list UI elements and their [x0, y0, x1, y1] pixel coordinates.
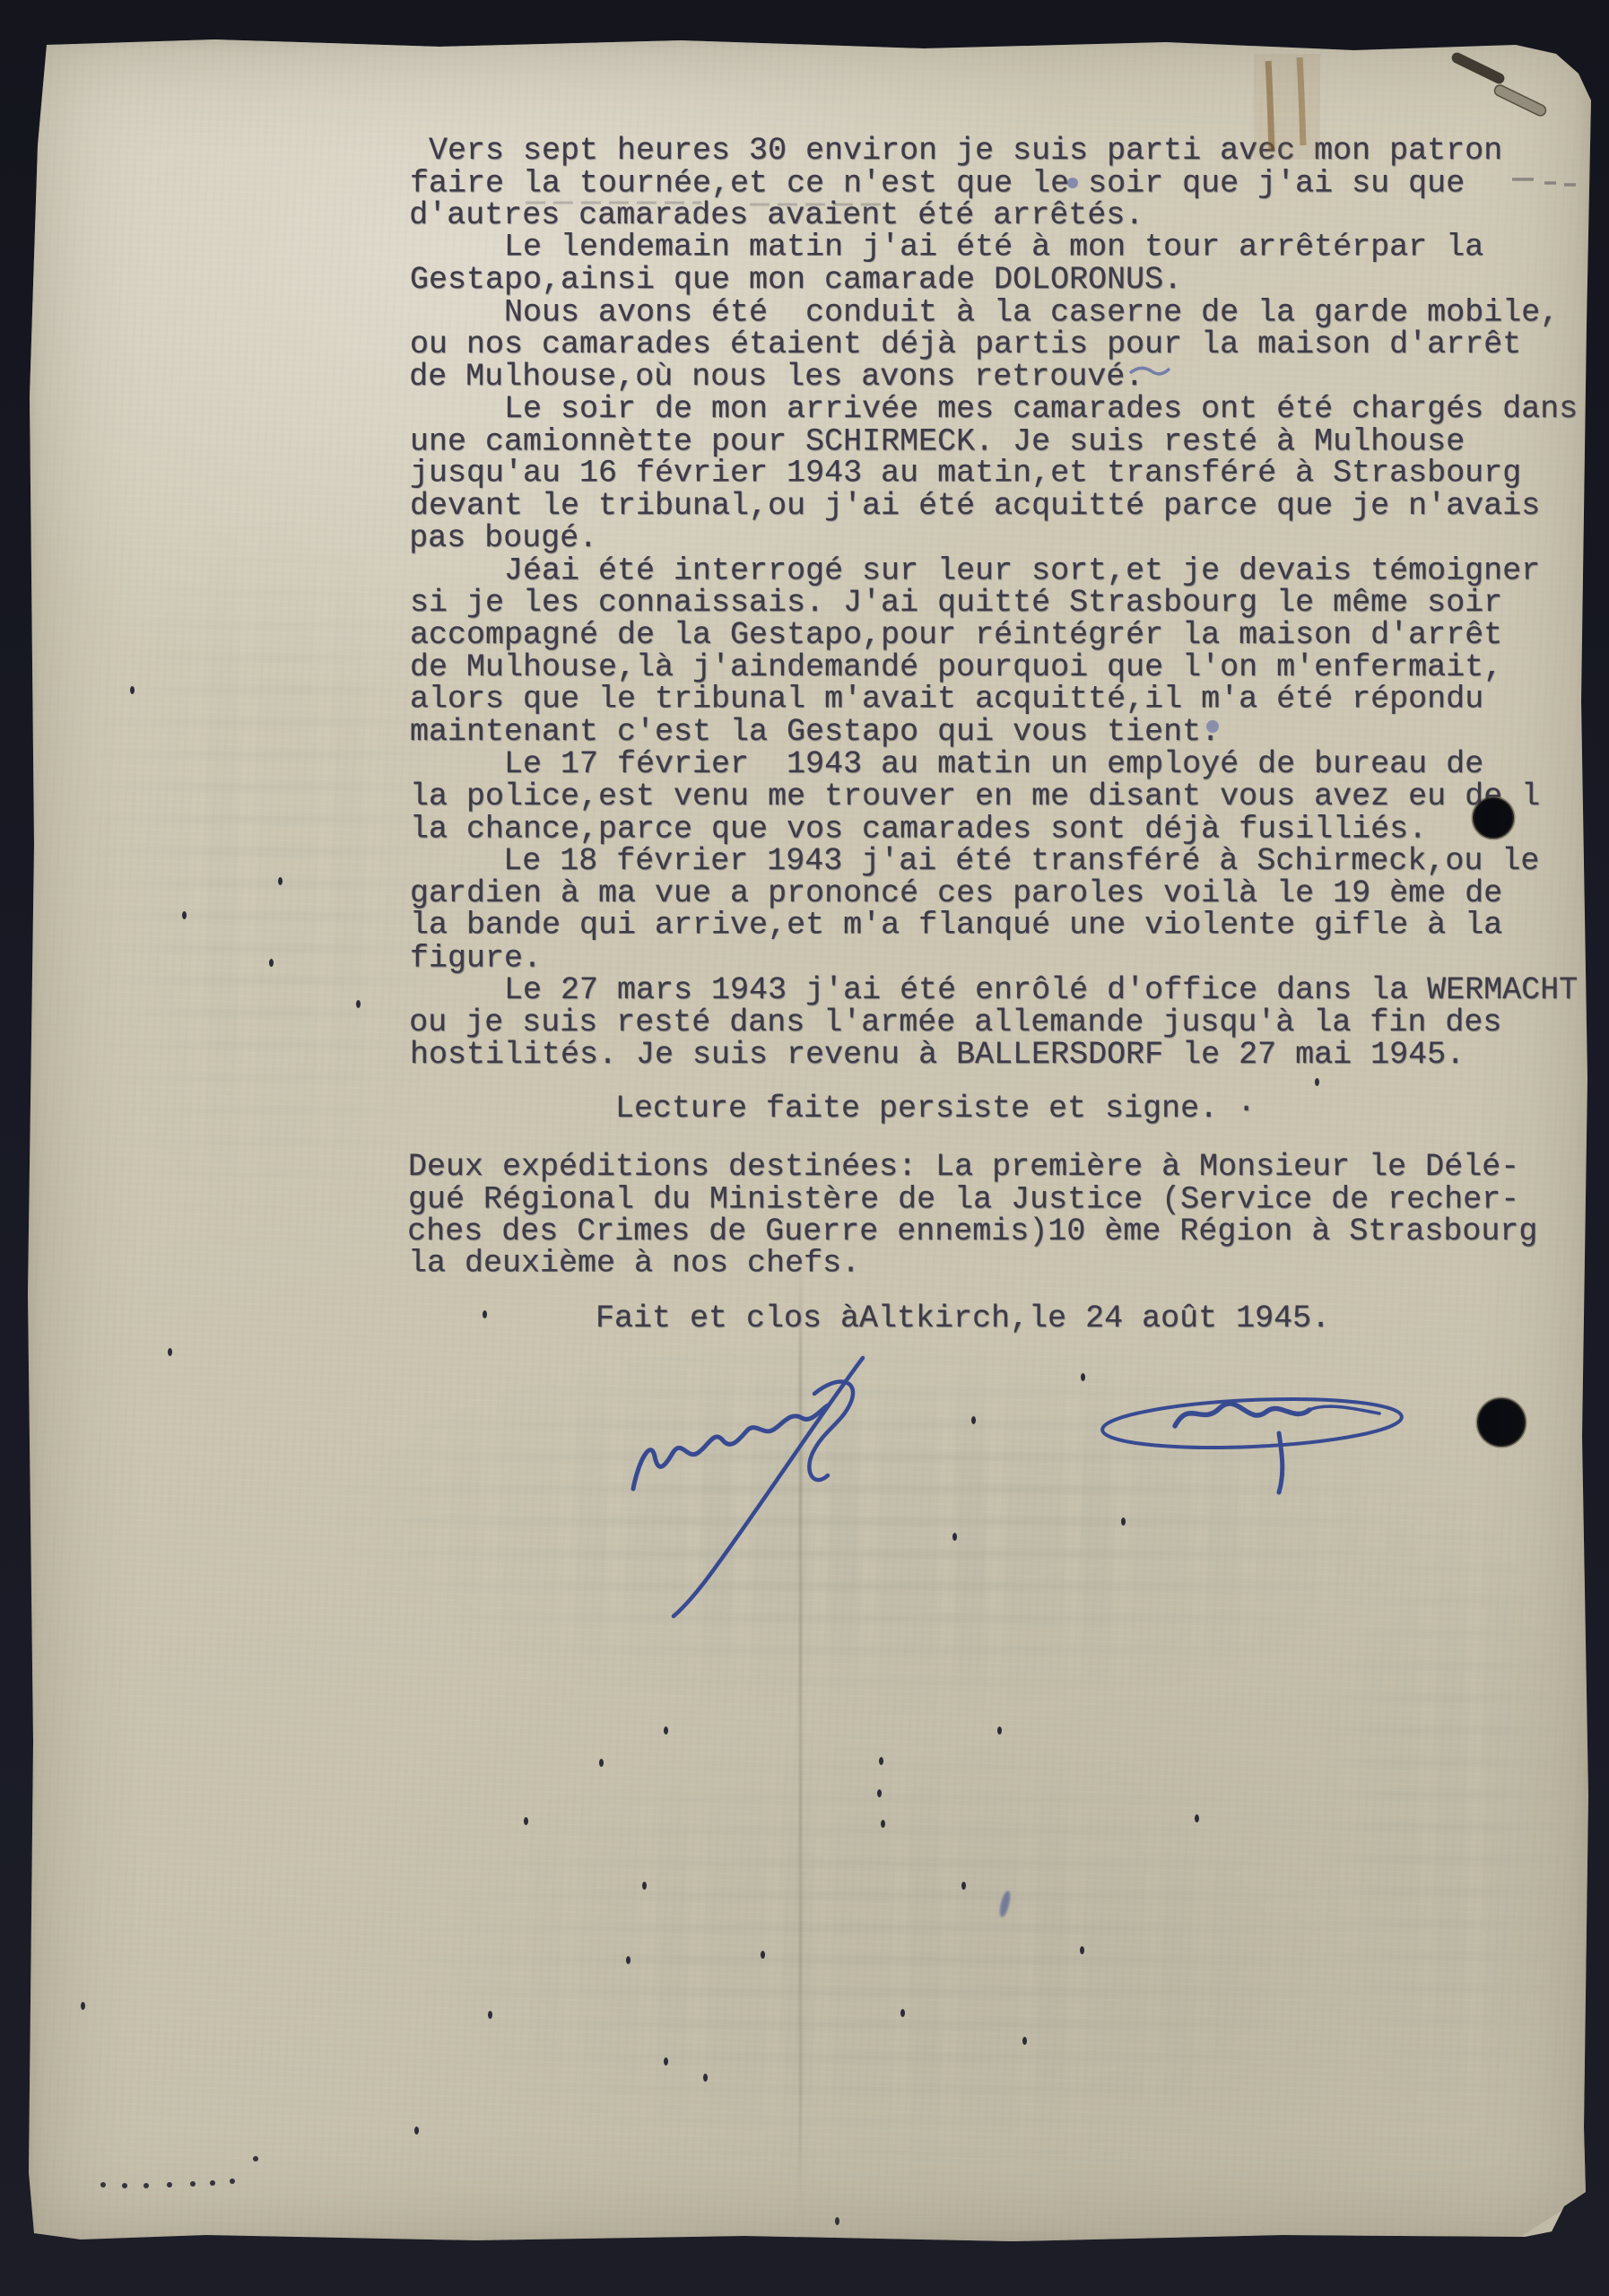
typed-line: accompagné de la Gestapo,pour réintégrér… — [410, 619, 1578, 651]
typed-line: Le 18 février 1943 j'ai été transféré à … — [409, 845, 1577, 877]
typed-line: Nous avons été conduit à la caserne de l… — [410, 297, 1578, 329]
typed-line: Jéai été interrogé sur leur sort,et je d… — [410, 555, 1578, 587]
copies-distribution-paragraph: Deux expéditions destinées: La première … — [408, 1151, 1538, 1280]
bleed-through-ghost-text — [1309, 1473, 1570, 2154]
typed-line: ches des Crimes de Guerre ennemis)10 ème… — [407, 1215, 1537, 1248]
typed-line: devant le tribunal,ou j'ai été acquitté … — [410, 490, 1578, 522]
blue-ink-smudge — [998, 1890, 1013, 1918]
closing-date-line: Fait et clos àAltkirch,le 24 août 1945. — [596, 1302, 1330, 1335]
signature-right-icon — [1101, 1394, 1403, 1492]
typed-line: Le lendemain matin j'ai été à mon tour a… — [410, 230, 1578, 263]
typed-line: la deuxième à nos chefs. — [408, 1247, 1538, 1279]
typed-line: Le 27 mars 1943 j'ai été enrôlé d'office… — [410, 974, 1578, 1006]
typed-line: Le 17 février 1943 au matin un employé d… — [410, 748, 1578, 780]
typed-line: la chance,parce que vos camarades sont d… — [410, 813, 1578, 846]
typed-testimony-paragraphs: Vers sept heures 30 environ je suis part… — [410, 135, 1578, 1071]
typed-line: Deux expéditions destinées: La première … — [408, 1151, 1538, 1183]
paper-crease — [799, 1239, 802, 2226]
document-page: Vers sept heures 30 environ je suis part… — [27, 38, 1591, 2246]
typed-line: alors que le tribunal m'avait acquitté,i… — [410, 683, 1578, 715]
typed-line: Gestapo,ainsi que mon camarade DOLORONUS… — [410, 264, 1578, 296]
typed-line: la bande qui arrive,et m'a flanqué une v… — [410, 909, 1578, 941]
bleed-through-ghost-text — [81, 486, 457, 1275]
typed-line: faire la tournée,et ce n'est que le soir… — [410, 168, 1578, 200]
folded-corner — [1518, 2188, 1586, 2239]
bleed-through-ghost-text — [404, 1724, 1372, 2190]
bleed-through-ghost-text — [323, 1334, 1435, 1719]
typed-line: jusqu'au 16 février 1943 au matin,et tra… — [410, 457, 1578, 489]
typed-line: la police,est venu me trouver en me disa… — [410, 780, 1578, 813]
staple-icon — [1450, 51, 1548, 117]
dotted-marks-row — [27, 38, 32, 43]
signature-left-icon — [633, 1358, 863, 1616]
typed-line: gué Régional du Ministère de la Justice … — [408, 1184, 1538, 1216]
attestation-line: Lecture faite persiste et signe. · — [615, 1092, 1256, 1125]
typed-line: figure. — [410, 943, 1578, 975]
typed-line: d'autres camarades avaient été arrêtés. — [409, 199, 1577, 231]
ink-speckles — [27, 38, 31, 46]
typed-line: ou nos camarades étaient déjà partis pou… — [410, 328, 1578, 361]
typed-line: ou je suis resté dans l'armée allemande … — [409, 1006, 1577, 1039]
typed-line: gardien à ma vue a prononcé ces paroles … — [410, 877, 1578, 909]
typed-line: hostilités. Je suis revenu à BALLERSDORF… — [410, 1039, 1578, 1071]
typed-line: maintenant c'est la Gestapo qui vous tie… — [410, 716, 1578, 748]
scanned-document-photo: { "page": { "body_lines": [ " Vers sept … — [0, 0, 1609, 2296]
typed-line: Vers sept heures 30 environ je suis part… — [410, 135, 1578, 167]
typed-line: pas bougé. — [409, 522, 1577, 554]
typed-line: si je les connaissais. J'ai quitté Stras… — [410, 587, 1578, 619]
typed-line: de Mulhouse,où nous les avons retrouvé. — [409, 361, 1577, 393]
typed-line: Le soir de mon arrivée mes camarades ont… — [410, 393, 1578, 425]
typed-line: une camionnètte pour SCHIRMECK. Je suis … — [410, 426, 1578, 458]
typed-line: de Mulhouse,là j'aindemandé pourquoi que… — [410, 651, 1578, 683]
